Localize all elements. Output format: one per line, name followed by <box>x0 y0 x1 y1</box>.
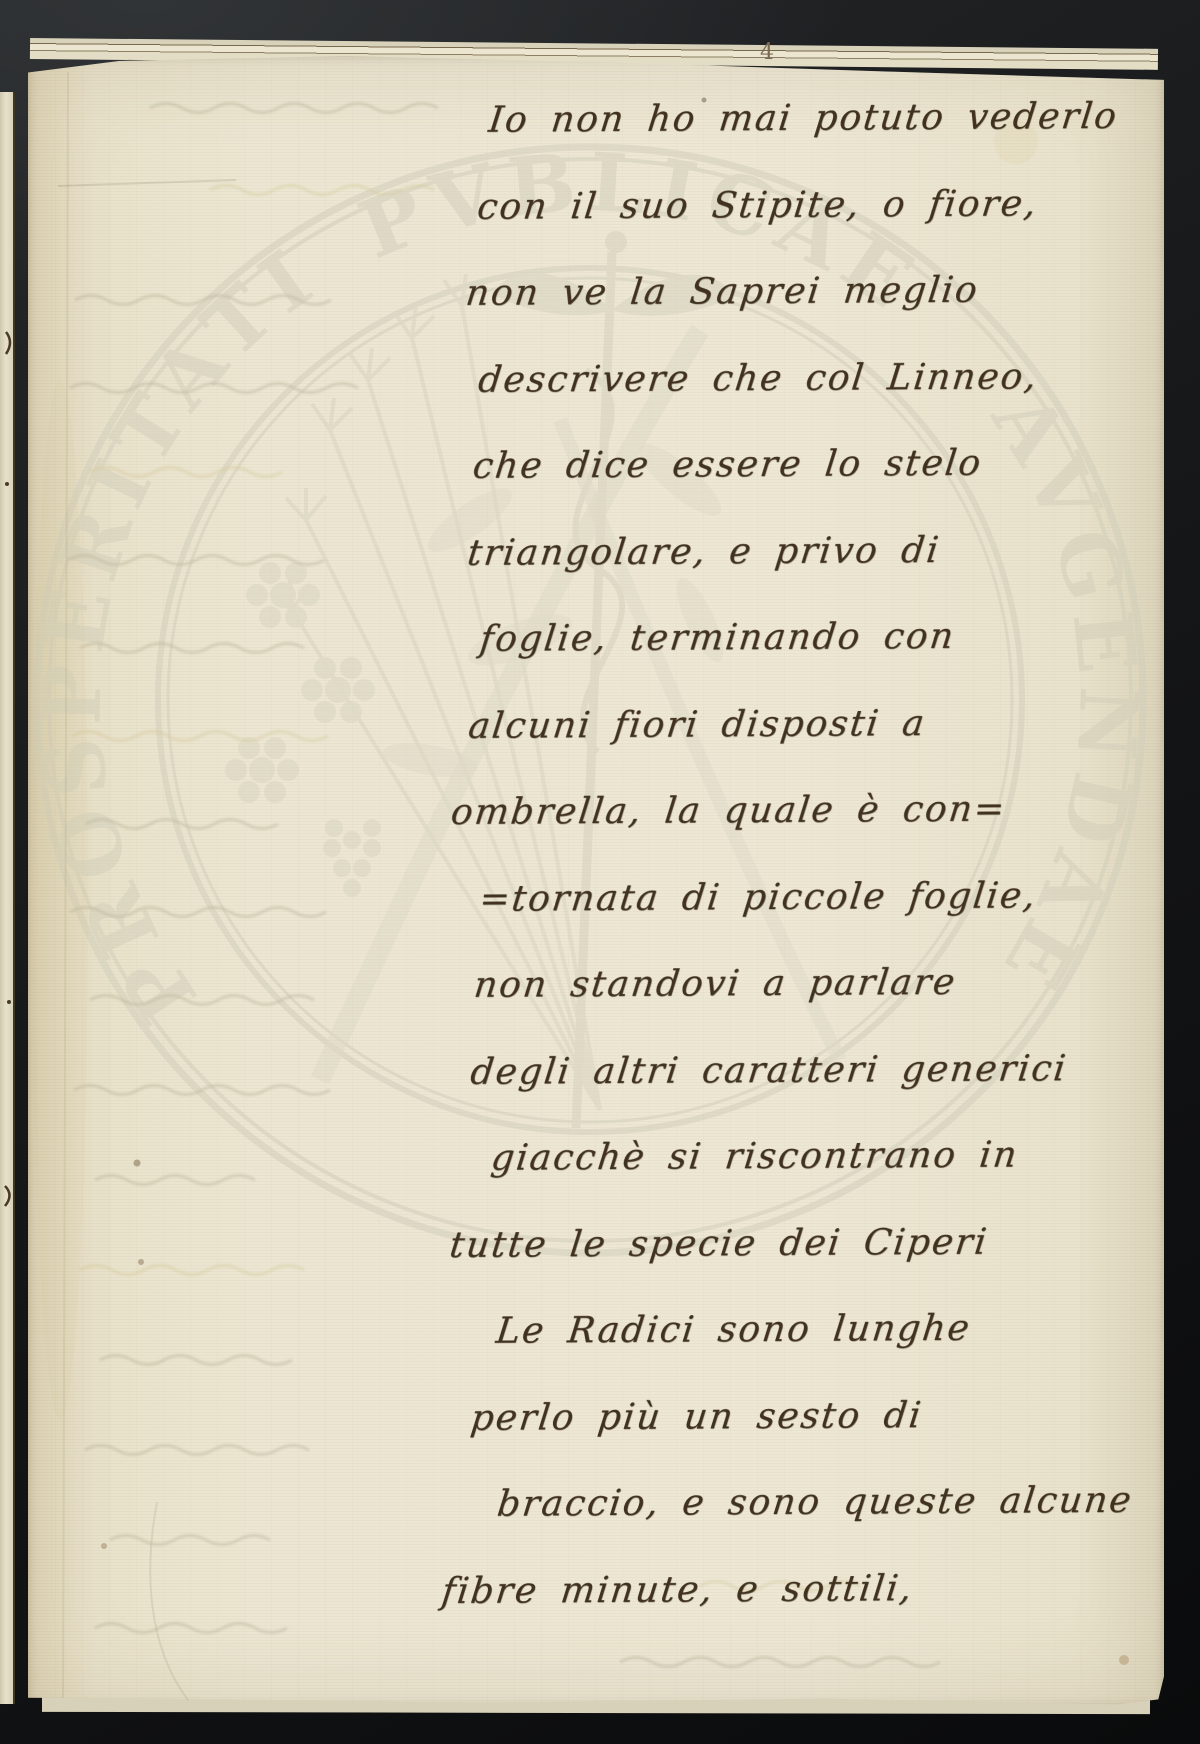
seal-flowers <box>225 562 381 897</box>
manuscript-line: giacchè si riscontrano in <box>486 1112 1124 1202</box>
manuscript-photo: PROSPERITATI PVBLICAE AVGENDAE <box>0 0 1200 1744</box>
manuscript-line: triangolare, e privo di <box>462 506 1120 597</box>
manuscript-line: non standovi a parlare <box>469 939 1123 1029</box>
manuscript-line: fibre minute, e sottili, <box>437 1544 1127 1635</box>
manuscript-line: che dice essere lo stelo <box>468 420 1120 510</box>
manuscript-line: descrivere che col Linneo, <box>473 333 1119 423</box>
manuscript-line: Io non ho mai potuto vederlo <box>484 74 1118 164</box>
manuscript-line: braccio, e sono queste alcune <box>492 1458 1126 1548</box>
manuscript-line: foglie, terminando con <box>475 593 1121 683</box>
manuscript-line: non ve la Saprei meglio <box>461 247 1119 338</box>
manuscript-line: degli altri caratteri generici <box>466 1025 1124 1116</box>
handwritten-text-block: Io non ho mai potuto vederlocon il suo S… <box>427 74 1116 1635</box>
sliver-ink-fragments <box>5 332 11 1206</box>
manuscript-line: =tornata di piccole foglie, <box>475 852 1123 942</box>
manuscript-line: alcuni fiori disposti a <box>463 679 1121 770</box>
manuscript-line: Le Radici sono lunghe <box>491 1285 1125 1375</box>
manuscript-line: con il suo Stipite, o fiore, <box>472 160 1118 250</box>
manuscript-line: tutte le specie dei Ciperi <box>445 1198 1125 1289</box>
manuscript-line: perlo più un sesto di <box>466 1371 1126 1462</box>
manuscript-line: ombrella, la quale è con= <box>446 766 1122 857</box>
page-number: 4 <box>760 40 775 65</box>
